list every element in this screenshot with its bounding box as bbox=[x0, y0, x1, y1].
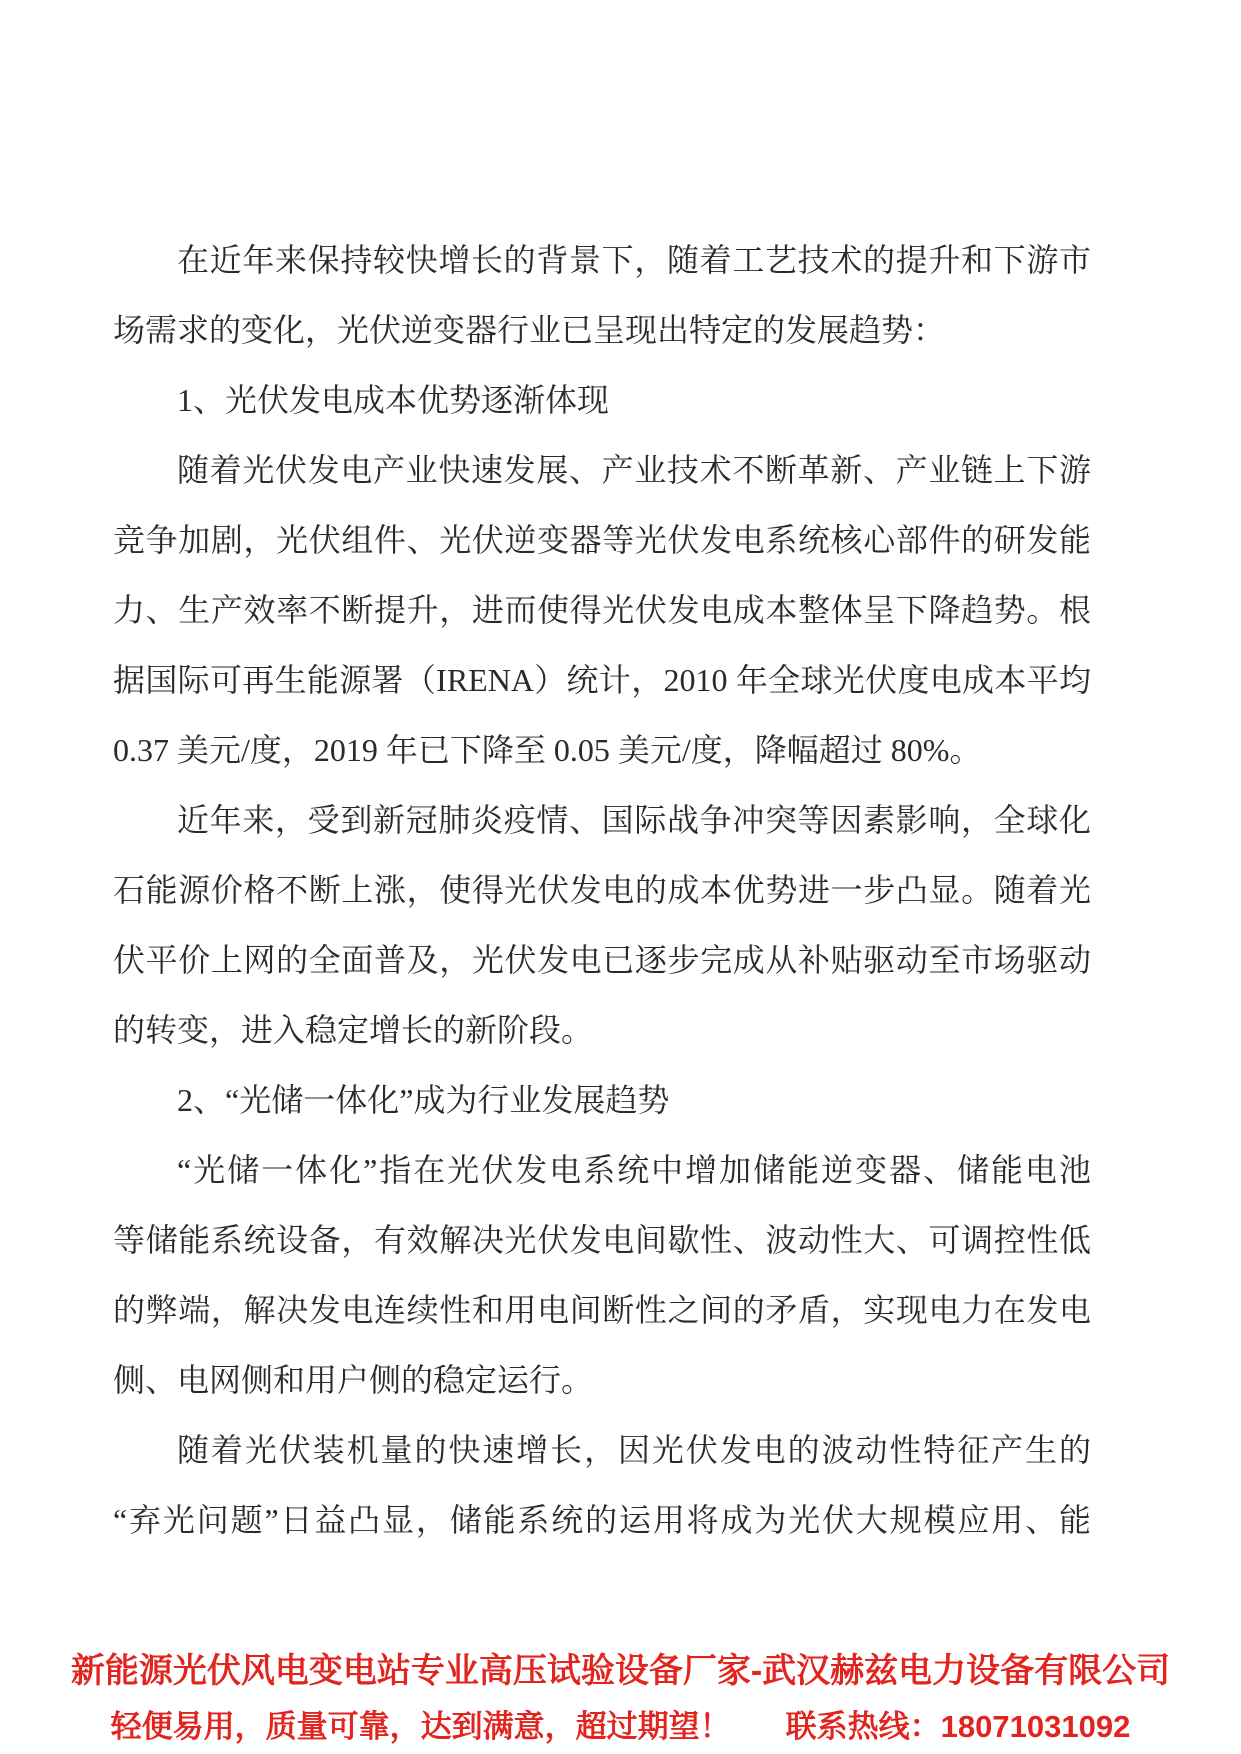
text-line: 据国际可再生能源署（IRENA）统计，2010 年全球光伏度电成本平均为 bbox=[113, 645, 1091, 715]
footer: 新能源光伏风电变电站专业高压试验设备厂家-武汉赫兹电力设备有限公司 轻便易用，质… bbox=[0, 1650, 1241, 1748]
text-line: 侧、电网侧和用户侧的稳定运行。 bbox=[113, 1345, 1091, 1415]
text-line: 的转变，进入稳定增长的新阶段。 bbox=[113, 995, 1091, 1065]
section-heading-line: 1、光伏发电成本优势逐渐体现 bbox=[113, 365, 1091, 435]
text-line: 在近年来保持较快增长的背景下，随着工艺技术的提升和下游市 bbox=[113, 225, 1091, 295]
text-line: “光储一体化”指在光伏发电系统中增加储能逆变器、储能电池 bbox=[113, 1135, 1091, 1205]
text-line: 随着光伏装机量的快速增长，因光伏发电的波动性特征产生的 bbox=[113, 1415, 1091, 1485]
footer-company-line: 新能源光伏风电变电站专业高压试验设备厂家-武汉赫兹电力设备有限公司 bbox=[0, 1650, 1241, 1692]
document-body: 在近年来保持较快增长的背景下，随着工艺技术的提升和下游市场需求的变化，光伏逆变器… bbox=[113, 225, 1091, 1555]
text-line: 的弊端，解决发电连续性和用电间断性之间的矛盾，实现电力在发电 bbox=[113, 1275, 1091, 1345]
text-line: 场需求的变化，光伏逆变器行业已呈现出特定的发展趋势： bbox=[113, 295, 1091, 365]
footer-contact-line: 轻便易用，质量可靠，达到满意，超过期望！ 联系热线：18071031092 bbox=[0, 1706, 1241, 1748]
footer-hotline: 联系热线：18071031092 bbox=[786, 1706, 1131, 1748]
text-line: 0.37 美元/度，2019 年已下降至 0.05 美元/度，降幅超过 80%。 bbox=[113, 715, 1091, 785]
text-line: 竞争加剧，光伏组件、光伏逆变器等光伏发电系统核心部件的研发能 bbox=[113, 505, 1091, 575]
section-heading-line: 2、“光储一体化”成为行业发展趋势 bbox=[113, 1065, 1091, 1135]
text-line: 近年来，受到新冠肺炎疫情、国际战争冲突等因素影响，全球化 bbox=[113, 785, 1091, 855]
text-line: 力、生产效率不断提升，进而使得光伏发电成本整体呈下降趋势。根 bbox=[113, 575, 1091, 645]
text-line: 随着光伏发电产业快速发展、产业技术不断革新、产业链上下游 bbox=[113, 435, 1091, 505]
text-line: “弃光问题”日益凸显，储能系统的运用将成为光伏大规模应用、能 bbox=[113, 1485, 1091, 1555]
footer-slogan: 轻便易用，质量可靠，达到满意，超过期望！ bbox=[111, 1706, 731, 1748]
text-line: 伏平价上网的全面普及，光伏发电已逐步完成从补贴驱动至市场驱动 bbox=[113, 925, 1091, 995]
text-line: 等储能系统设备，有效解决光伏发电间歇性、波动性大、可调控性低 bbox=[113, 1205, 1091, 1275]
document-page: 在近年来保持较快增长的背景下，随着工艺技术的提升和下游市场需求的变化，光伏逆变器… bbox=[0, 0, 1241, 1754]
text-line: 石能源价格不断上涨，使得光伏发电的成本优势进一步凸显。随着光 bbox=[113, 855, 1091, 925]
